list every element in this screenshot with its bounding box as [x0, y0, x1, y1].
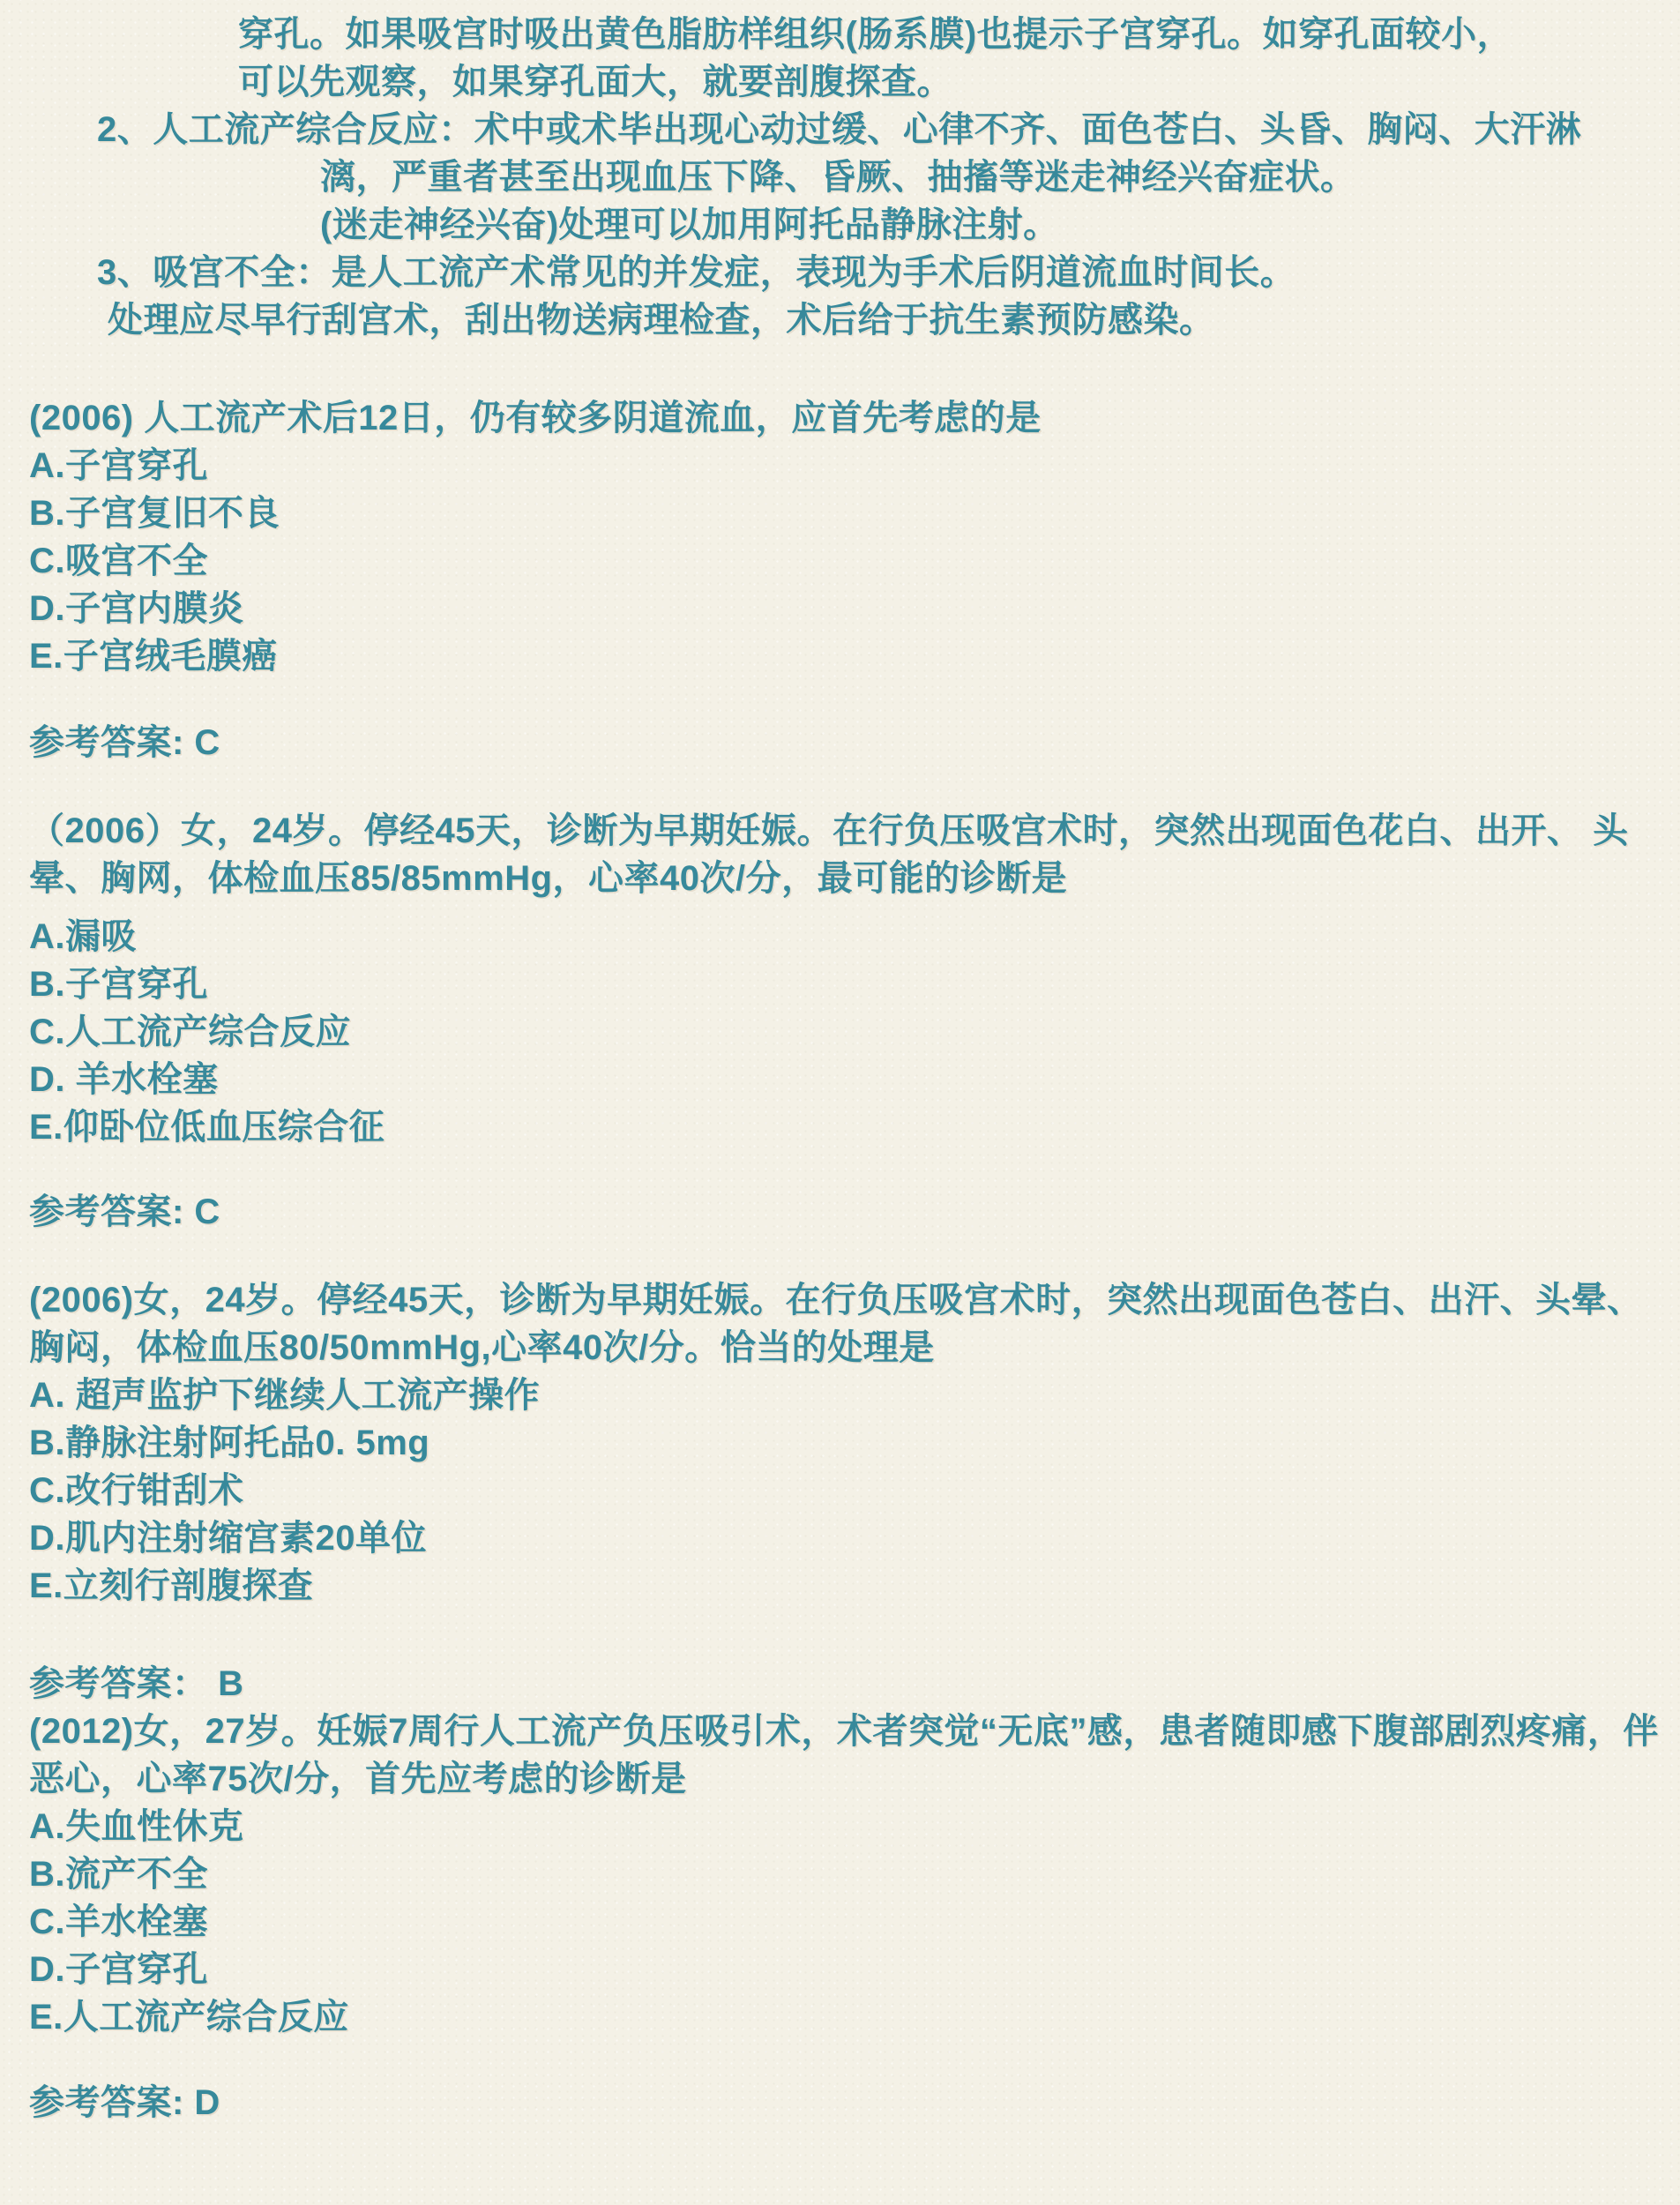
option-item: D.子宫内膜炎 — [29, 585, 1655, 632]
question-block-3: (2006)女，24岁。停经45天，诊断为早期妊娠。在行负压吸宫术时，突然出现面… — [29, 1276, 1655, 1708]
document-page: 穿孔。如果吸宫时吸出黄色脂肪样组织(肠系膜)也提示子宫穿孔。如穿孔面较小， 可以… — [0, 0, 1680, 2205]
option-item: D. 羊水栓塞 — [29, 1056, 1655, 1103]
note-line: 3、吸宫不全：是人工流产术常见的并发症，表现为手术后阴道流血时间长。 — [29, 249, 1655, 296]
question-stem-line: 恶心，心率75次/分，首先应考虑的诊断是 — [29, 1755, 1655, 1803]
option-item: D.肌内注射缩宫素20单位 — [29, 1514, 1655, 1562]
option-item: E.子宫绒毛膜癌 — [29, 632, 1655, 680]
question-stem-line: (2006)女，24岁。停经45天，诊断为早期妊娠。在行负压吸宫术时，突然出现面… — [29, 1276, 1655, 1324]
note-line: 2、人工流产综合反应：术中或术毕出现心动过缓、心律不齐、面色苍白、头昏、胸闷、大… — [29, 106, 1655, 153]
note-line: 处理应尽早行刮宫术，刮出物送病理检查，术后给于抗生素预防感染。 — [29, 296, 1655, 344]
options-list: A. 超声监护下继续人工流产操作 B.静脉注射阿托品0. 5mg C.改行钳刮术… — [29, 1372, 1655, 1610]
answer-line: 参考答案: C — [29, 719, 1655, 766]
answer-line: 参考答案: C — [29, 1188, 1655, 1236]
option-item: E.人工流产综合反应 — [29, 1993, 1655, 2041]
note-line: 穿孔。如果吸宫时吸出黄色脂肪样组织(肠系膜)也提示子宫穿孔。如穿孔面较小， — [29, 11, 1655, 58]
option-item: C.羊水栓塞 — [29, 1898, 1655, 1946]
question-block-4: (2012)女，27岁。妊娠7周行人工流产负压吸引术，术者突觉“无底”感，患者随… — [29, 1708, 1655, 2127]
notes-section: 穿孔。如果吸宫时吸出黄色脂肪样组织(肠系膜)也提示子宫穿孔。如穿孔面较小， 可以… — [29, 11, 1655, 344]
option-item: E.立刻行剖腹探查 — [29, 1562, 1655, 1610]
options-list: A.漏吸 B.子宫穿孔 C.人工流产综合反应 D. 羊水栓塞 E.仰卧位低血压综… — [29, 913, 1655, 1151]
option-item: B.子宫复旧不良 — [29, 490, 1655, 537]
option-item: A.漏吸 — [29, 913, 1655, 960]
option-item: A. 超声监护下继续人工流产操作 — [29, 1372, 1655, 1419]
answer-line: 参考答案： B — [29, 1660, 1655, 1708]
option-item: B.流产不全 — [29, 1850, 1655, 1898]
option-item: E.仰卧位低血压综合征 — [29, 1103, 1655, 1151]
question-block-1: (2006) 人工流产术后12日，仍有较多阴道流血，应首先考虑的是 A.子宫穿孔… — [29, 394, 1655, 766]
option-item: A.失血性休克 — [29, 1803, 1655, 1850]
question-block-2: （2006）女，24岁。停经45天，诊断为早期妊娠。在行负压吸宫术时，突然出现面… — [29, 807, 1655, 1236]
question-stem-line: 胸闷，体检血压80/50mmHg,心率40次/分。恰当的处理是 — [29, 1324, 1655, 1372]
option-item: B.子宫穿孔 — [29, 960, 1655, 1008]
question-stem-line: (2006) 人工流产术后12日，仍有较多阴道流血，应首先考虑的是 — [29, 394, 1655, 442]
answer-line: 参考答案: D — [29, 2079, 1655, 2127]
option-item: C.改行钳刮术 — [29, 1467, 1655, 1514]
options-list: A.失血性休克 B.流产不全 C.羊水栓塞 D.子宫穿孔 E.人工流产综合反应 — [29, 1803, 1655, 2041]
option-item: C.人工流产综合反应 — [29, 1008, 1655, 1056]
option-item: A.子宫穿孔 — [29, 442, 1655, 490]
question-stem-line: (2012)女，27岁。妊娠7周行人工流产负压吸引术，术者突觉“无底”感，患者随… — [29, 1708, 1655, 1755]
question-stem-line: 晕、胸网，体检血压85/85mmHg，心率40次/分，最可能的诊断是 — [29, 855, 1655, 902]
question-stem-line: （2006）女，24岁。停经45天，诊断为早期妊娠。在行负压吸宫术时，突然出现面… — [29, 807, 1655, 855]
option-item: D.子宫穿孔 — [29, 1946, 1655, 1993]
option-item: C.吸宫不全 — [29, 537, 1655, 585]
note-line: (迷走神经兴奋)处理可以加用阿托品静脉注射。 — [29, 201, 1655, 249]
options-list: A.子宫穿孔 B.子宫复旧不良 C.吸宫不全 D.子宫内膜炎 E.子宫绒毛膜癌 — [29, 442, 1655, 680]
note-line: 漓，严重者甚至出现血压下降、昏厥、抽搐等迷走神经兴奋症状。 — [29, 153, 1655, 201]
note-line: 可以先观察，如果穿孔面大，就要剖腹探查。 — [29, 58, 1655, 106]
option-item: B.静脉注射阿托品0. 5mg — [29, 1419, 1655, 1467]
